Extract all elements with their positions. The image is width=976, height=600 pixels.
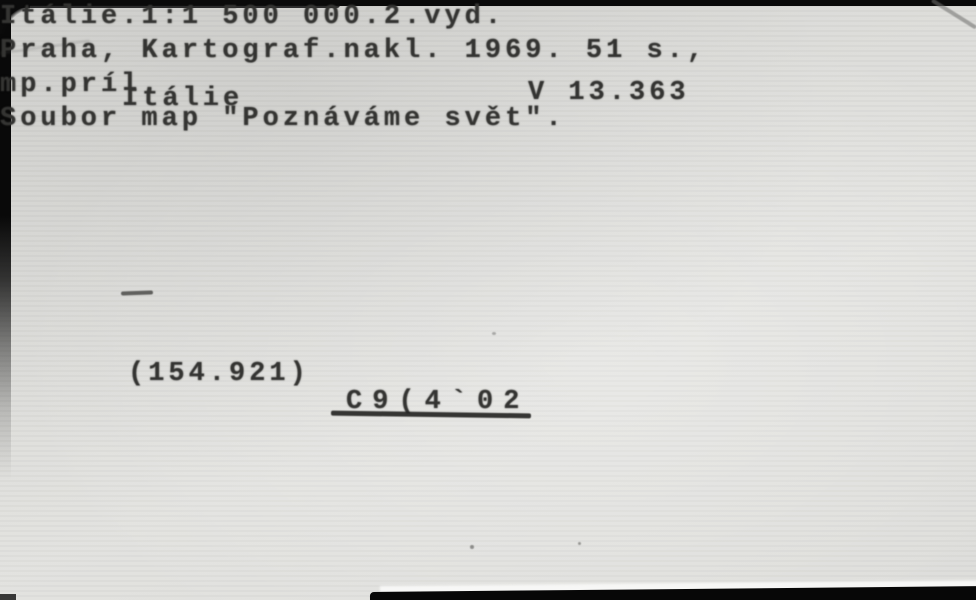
bibliographic-line-imprint: Praha, Kartograf.nakl. 1969. 51 s.,: [0, 34, 976, 68]
catalog-card-scan: Itálie V 13.363 Itálie.1:1 500 000.2.vyd…: [0, 0, 976, 600]
typewritten-text-layer: Itálie V 13.363 Itálie.1:1 500 000.2.vyd…: [0, 0, 976, 600]
bibliographic-line-title: Itálie.1:1 500 000.2.vyd.: [0, 0, 976, 34]
call-number: V 13.363: [528, 76, 690, 110]
classification-number: (154.921): [128, 357, 310, 391]
card-heading: Itálie: [122, 82, 243, 116]
series-initial-underline: [121, 290, 153, 295]
